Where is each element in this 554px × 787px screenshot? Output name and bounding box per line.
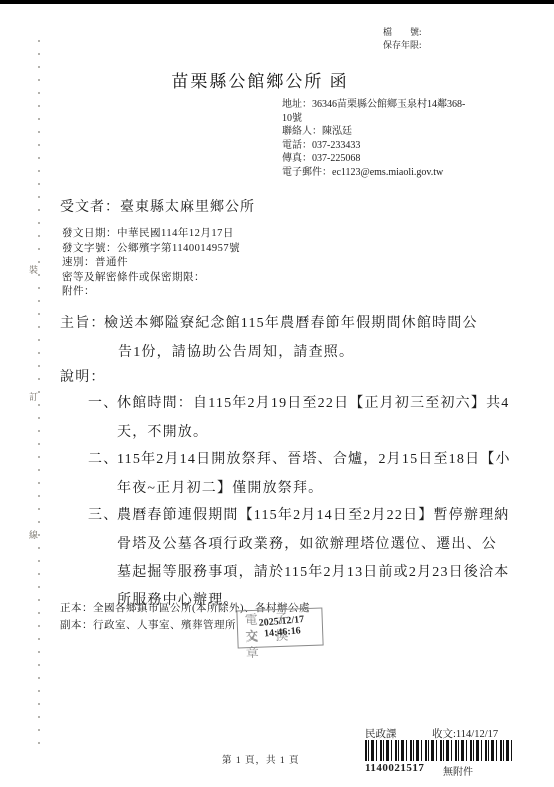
binding-mark-zhuang: 裝 bbox=[29, 263, 38, 276]
top-black-bar bbox=[0, 0, 554, 4]
security-class: 密等及解密條件或保密期限： bbox=[62, 271, 240, 286]
document-meta-block: 發文日期：中華民國114年12月17日 發文字號：公鄉殯字第1140014957… bbox=[62, 227, 240, 300]
explanation-item2-line2: 年夜~正月初二】僅開放祭拜。 bbox=[117, 477, 323, 497]
explanation-item3-line2: 骨塔及公墓各項行政業務，如欲辦理塔位選位、遷出、公 bbox=[117, 533, 497, 553]
receipt-number: 1140021517 bbox=[365, 762, 424, 774]
explanation-item3-line3: 墓起掘等服務事項，請於115年2月13日前或2月23日後洽本 bbox=[117, 561, 509, 581]
explanation-item1-number: 一、 bbox=[88, 392, 118, 412]
sender-fax: 傳真：037-225068 bbox=[282, 152, 465, 166]
sender-email: 電子郵件：ec1123@ems.miaoli.gov.tw bbox=[282, 166, 465, 180]
subject-line2: 告1份，請協助公告周知，請查照。 bbox=[118, 341, 354, 361]
explanation-item2-line1: 115年2月14日開放祭拜、晉塔、合爐，2月15日至18日【小 bbox=[117, 448, 511, 468]
receiving-department: 民政課 bbox=[365, 726, 397, 741]
issue-date: 發文日期：中華民國114年12月17日 bbox=[62, 227, 240, 242]
sender-address-line2: 10號 bbox=[282, 112, 465, 126]
sender-info-block: 地址：36346苗栗縣公館鄉玉泉村14鄰368- 10號 聯絡人：陳泓廷 電話：… bbox=[282, 98, 465, 179]
sender-phone: 電話：037-233433 bbox=[282, 139, 465, 153]
archive-block: 檔 號: 保存年限: bbox=[383, 26, 422, 52]
official-document-page: 檔 號: 保存年限: 苗栗縣公館鄉公所 函 地址：36346苗栗縣公館鄉玉泉村1… bbox=[0, 0, 554, 787]
document-title: 苗栗縣公館鄉公所 函 bbox=[120, 67, 400, 92]
explanation-item1-line1: 休館時間：自115年2月19日至22日【正月初三至初六】共4 bbox=[117, 392, 509, 412]
explanation-item2-number: 二、 bbox=[88, 448, 118, 468]
explanation-item1-line2: 天，不開放。 bbox=[117, 421, 208, 441]
receipt-barcode bbox=[365, 740, 512, 761]
speed-class: 速別：普通件 bbox=[62, 256, 240, 271]
retention-period-label: 保存年限: bbox=[383, 39, 422, 52]
subject-line1: 檢送本鄉隘寮紀念館115年農曆春節年假期間休館時間公 bbox=[104, 312, 478, 332]
sender-contact: 聯絡人：陳泓廷 bbox=[282, 125, 465, 139]
sender-address-line1: 地址：36346苗栗縣公館鄉玉泉村14鄰368- bbox=[282, 98, 465, 112]
electronic-exchange-stamp: 電子文 交換章 2025/12/17 14:46:16 bbox=[236, 608, 323, 649]
binding-mark-xian: 線 bbox=[29, 528, 38, 541]
received-date: 收文:114/12/17 bbox=[432, 726, 498, 741]
receipt-attachment-note: 無附件 bbox=[443, 763, 473, 778]
binding-dotted-line bbox=[38, 40, 40, 746]
explanation-item3-line1: 農曆春節連假期間【115年2月14日至2月22日】暫停辦理納 bbox=[117, 504, 509, 524]
explanation-label: 說明： bbox=[60, 366, 106, 386]
explanation-item3-number: 三、 bbox=[88, 504, 118, 524]
recipient-line: 受文者：臺東縣太麻里鄉公所 bbox=[60, 196, 255, 216]
page-number-footer: 第 1 頁，共 1 頁 bbox=[222, 752, 300, 766]
subject-label: 主旨： bbox=[60, 312, 106, 332]
file-number-label: 檔 號: bbox=[383, 26, 422, 39]
binding-mark-ding: 訂 bbox=[29, 390, 38, 403]
issue-number: 發文字號：公鄉殯字第1140014957號 bbox=[62, 242, 240, 257]
attachment-label: 附件： bbox=[62, 285, 240, 300]
